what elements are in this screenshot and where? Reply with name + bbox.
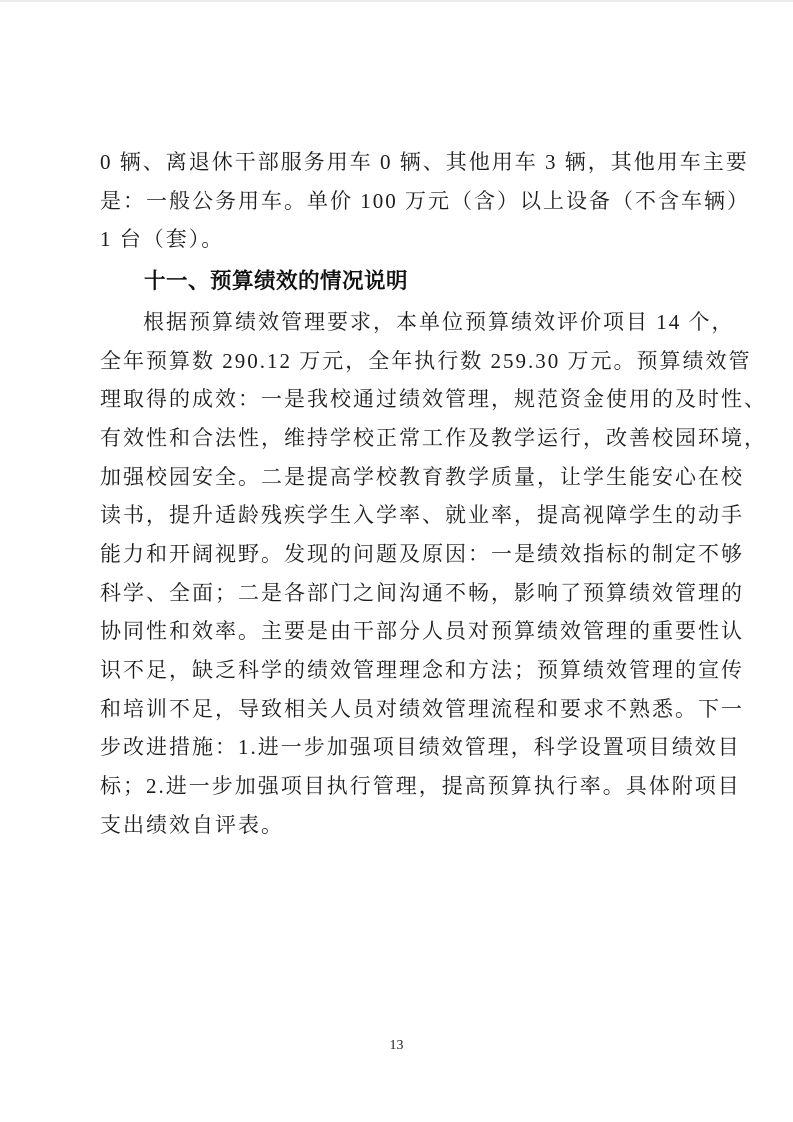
text-line: 协同性和效率。主要是由干部分人员对预算绩效管理的重要性认 xyxy=(100,612,700,651)
text-line: 标；2.进一步加强项目执行管理，提高预算执行率。具体附项目 xyxy=(100,767,700,806)
text-line: 有效性和合法性，维持学校正常工作及教学运行，改善校园环境， xyxy=(100,419,700,458)
text-line: 科学、全面；二是各部门之间沟通不畅，影响了预算绩效管理的 xyxy=(100,574,700,613)
paragraph-vehicles: 0 辆、离退休干部服务用车 0 辆、其他用车 3 辆，其他用车主要是：一般公务用… xyxy=(100,143,700,259)
text-line: 根据预算绩效管理要求，本单位预算绩效评价项目 14 个， xyxy=(100,303,700,342)
document-page: 0 辆、离退休干部服务用车 0 辆、其他用车 3 辆，其他用车主要是：一般公务用… xyxy=(0,0,793,1122)
text-line: 理取得的成效：一是我校通过绩效管理，规范资金使用的及时性、 xyxy=(100,380,700,419)
paragraph-budget-performance: 根据预算绩效管理要求，本单位预算绩效评价项目 14 个，全年预算数 290.12… xyxy=(100,303,700,844)
text-line: 是：一般公务用车。单价 100 万元（含）以上设备（不含车辆） xyxy=(100,182,700,221)
text-line: 和培训不足，导致相关人员对绩效管理流程和要求不熟悉。下一 xyxy=(100,690,700,729)
text-line: 识不足，缺乏科学的绩效管理理念和方法；预算绩效管理的宣传 xyxy=(100,651,700,690)
text-line: 加强校园安全。二是提高学校教育教学质量，让学生能安心在校 xyxy=(100,458,700,497)
text-line: 读书，提升适龄残疾学生入学率、就业率，提高视障学生的动手 xyxy=(100,496,700,535)
document-body: 0 辆、离退休干部服务用车 0 辆、其他用车 3 辆，其他用车主要是：一般公务用… xyxy=(100,143,700,844)
text-line: 步改进措施：1.进一步加强项目绩效管理，科学设置项目绩效目 xyxy=(100,728,700,767)
section-heading: 十一、预算绩效的情况说明 xyxy=(100,259,700,303)
page-number: 13 xyxy=(0,1036,793,1056)
page-top-edge xyxy=(0,0,793,2)
text-line: 1 台（套）。 xyxy=(100,220,700,259)
text-line: 能力和开阔视野。发现的问题及原因：一是绩效指标的制定不够 xyxy=(100,535,700,574)
text-line: 0 辆、离退休干部服务用车 0 辆、其他用车 3 辆，其他用车主要 xyxy=(100,143,700,182)
text-line: 全年预算数 290.12 万元，全年执行数 259.30 万元。预算绩效管 xyxy=(100,342,700,381)
text-line: 支出绩效自评表。 xyxy=(100,806,700,845)
